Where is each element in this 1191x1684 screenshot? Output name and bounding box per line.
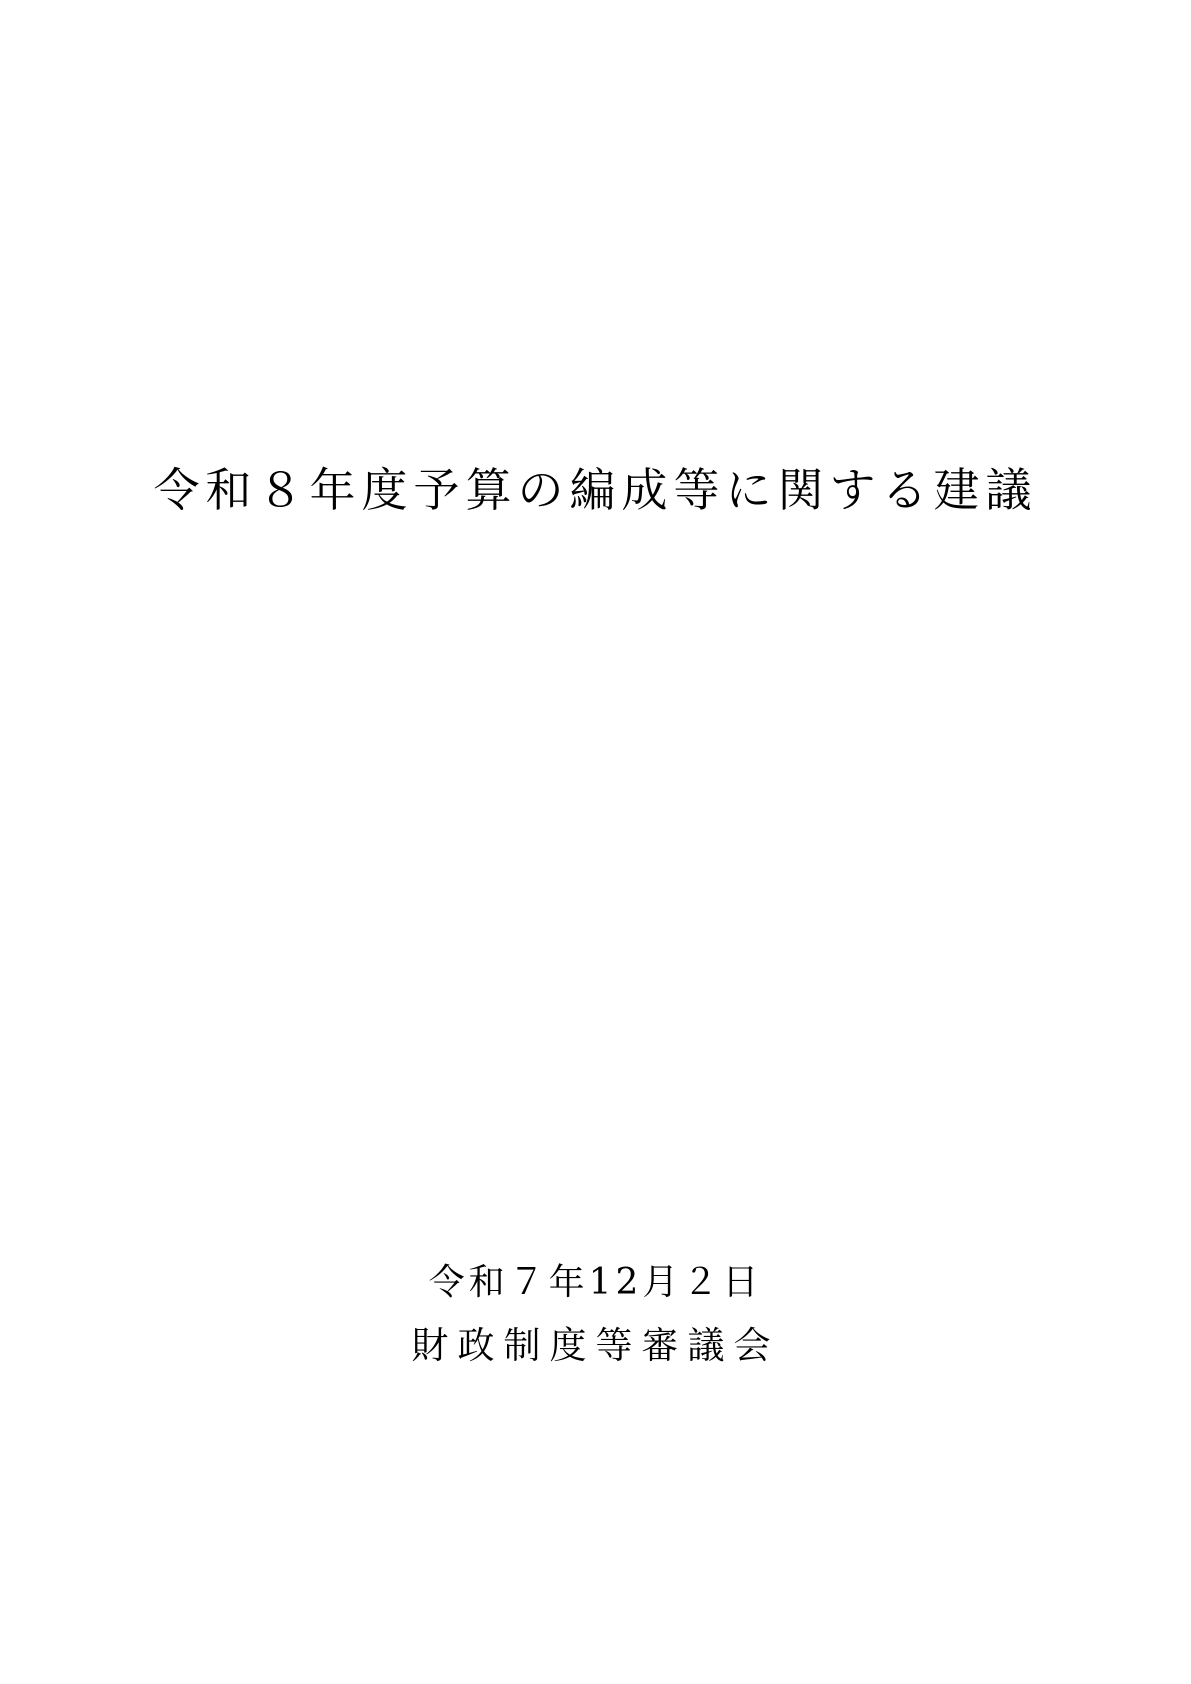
document-title: 令和８年度予算の編成等に関する建議: [0, 458, 1191, 522]
document-date: 令和７年12月２日: [0, 1258, 1191, 1308]
document-page: 令和８年度予算の編成等に関する建議 令和７年12月２日 財政制度等審議会: [0, 0, 1191, 1684]
document-author: 財政制度等審議会: [0, 1320, 1191, 1372]
